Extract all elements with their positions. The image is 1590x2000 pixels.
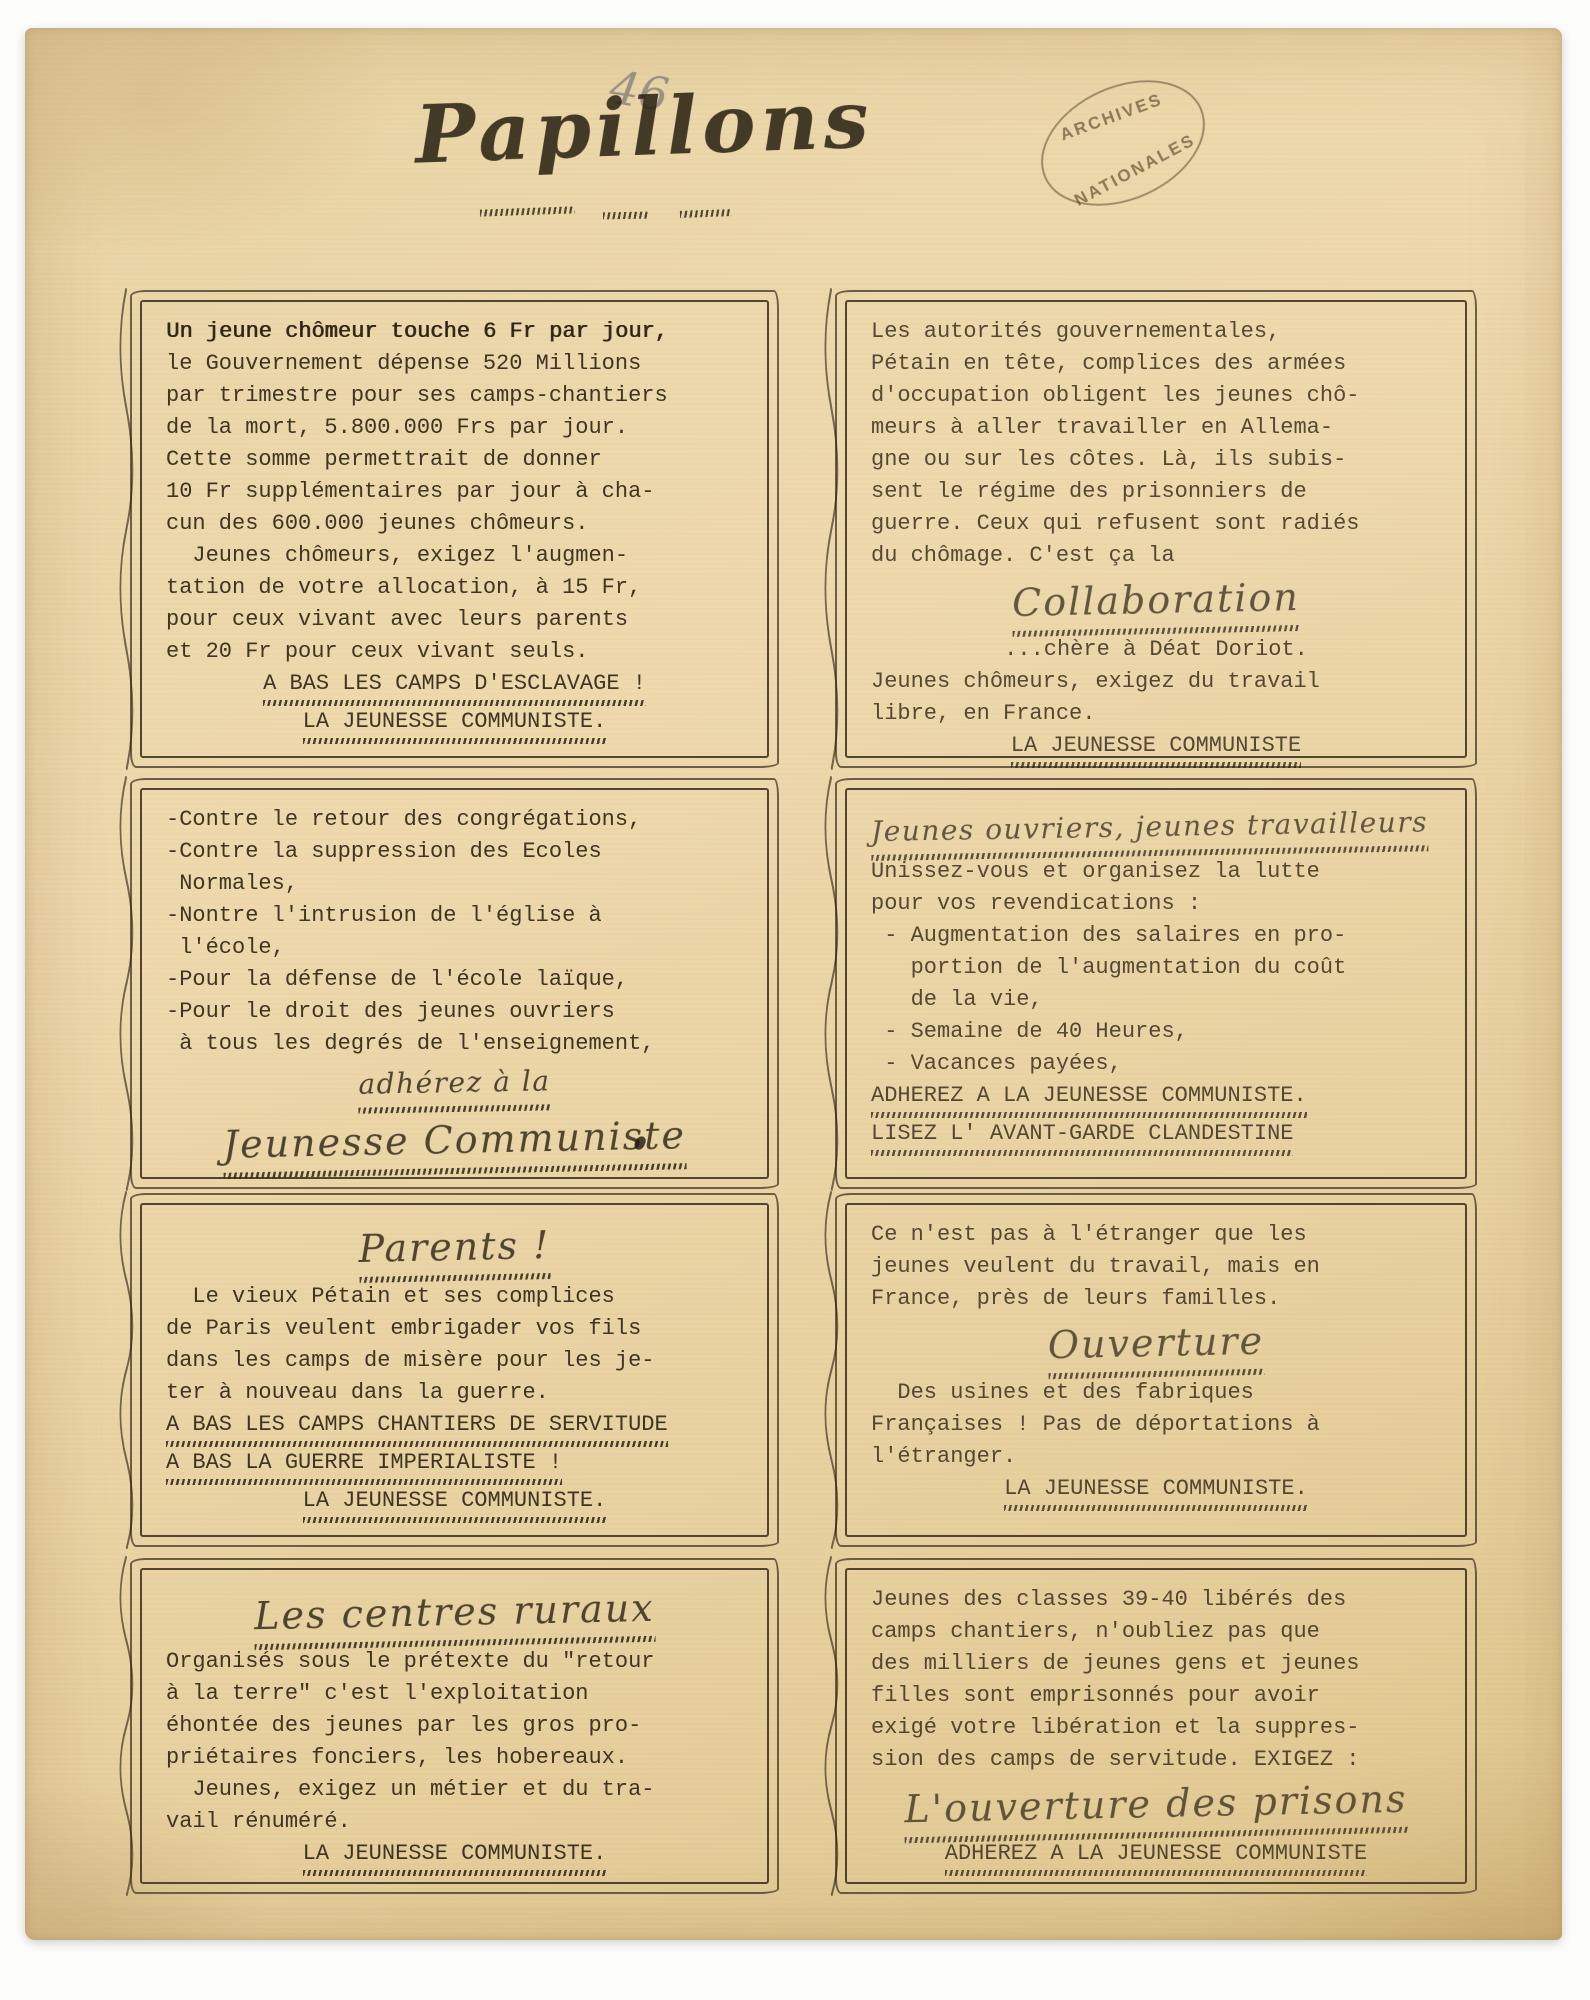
text-line: -Contre la suppression des Ecoles — [166, 836, 743, 868]
text-line: -Pour la défense de l'école laïque, — [166, 964, 743, 996]
text-line: Des usines et des fabriques — [871, 1377, 1441, 1409]
text-line: ADHEREZ A LA JEUNESSE COMMUNISTE. — [871, 1080, 1441, 1118]
underline-flourish — [680, 209, 732, 218]
archives-nationales-stamp: ARCHIVES NATIONALES — [1021, 56, 1224, 230]
leaflet-box-allocation: Un jeune chômeur touche 6 Fr par jour,le… — [140, 300, 769, 758]
text-line: de la mort, 5.800.000 Frs par jour. — [166, 412, 743, 444]
text-line: d'occupation obligent les jeunes chô- — [871, 380, 1441, 412]
text-line: Jeunes, exigez un métier et du tra- — [166, 1774, 743, 1806]
torn-edge-mark — [817, 1556, 841, 1896]
text-line: Collaboration — [870, 566, 1441, 640]
text-line: -Nontre l'intrusion de l'église à — [166, 900, 743, 932]
text-line: Pétain en tête, complices des armées — [871, 348, 1441, 380]
text-line: - Semaine de 40 Heures, — [871, 1016, 1441, 1048]
text-line: meurs à aller travailler en Allema- — [871, 412, 1441, 444]
text-line: ADHEREZ A LA JEUNESSE COMMUNISTE — [871, 1838, 1441, 1876]
text-line: A BAS LES CAMPS CHANTIERS DE SERVITUDE — [166, 1409, 743, 1447]
text-line: de Paris veulent embrigader vos fils — [166, 1313, 743, 1345]
torn-edge-mark — [817, 288, 841, 770]
page-title-handwritten: Papillons — [413, 72, 856, 181]
text-line: Jeunes des classes 39-40 libérés des — [871, 1584, 1441, 1616]
text-line: LA JEUNESSE COMMUNISTE. — [166, 706, 743, 744]
text-line: gne ou sur les côtes. Là, ils subis- — [871, 444, 1441, 476]
underline-flourish — [480, 206, 575, 216]
torn-edge-mark — [112, 776, 136, 1191]
torn-edge-mark — [112, 1191, 136, 1549]
text-line: par trimestre pour ses camps-chantiers — [166, 380, 743, 412]
text-line: tation de votre allocation, à 15 Fr, — [166, 572, 743, 604]
leaflet-box-collaboration: Les autorités gouvernementales,Pétain en… — [845, 300, 1467, 758]
text-line: - Augmentation des salaires en pro- — [871, 920, 1441, 952]
text-line: guerre. Ceux qui refusent sont radiés — [871, 508, 1441, 540]
leaflet-box-centres-ruraux: Les centres rurauxOrganisés sous le prét… — [140, 1568, 769, 1884]
text-line: A BAS LA GUERRE IMPERIALISTE ! — [166, 1447, 743, 1485]
text-line: sent le régime des prisonniers de — [871, 476, 1441, 508]
text-line: et 20 Fr pour ceux vivant seuls. — [166, 636, 743, 668]
text-line: libre, en France. — [871, 698, 1441, 730]
text-line: - Vacances payées, — [871, 1048, 1441, 1080]
torn-edge-mark — [817, 1191, 841, 1549]
text-line: Jeunes chômeurs, exigez du travail — [871, 666, 1441, 698]
text-line: Jeunes ouvriers, jeunes travailleurs — [871, 799, 1442, 861]
text-line: ter à nouveau dans la guerre. — [166, 1377, 743, 1409]
text-line: 10 Fr supplémentaires par jour à cha- — [166, 476, 743, 508]
text-line: filles sont emprisonnés pour avoir — [871, 1680, 1441, 1712]
text-line: ...chère à Déat Doriot. — [871, 634, 1441, 666]
text-line: portion de l'augmentation du coût — [871, 952, 1441, 984]
leaflet-box-usines: Ce n'est pas à l'étranger que lesjeunes … — [845, 1203, 1467, 1537]
text-line: Jeunesse Communiste — [165, 1106, 743, 1180]
torn-edge-mark — [112, 1556, 136, 1896]
leaflet-box-prisons: Jeunes des classes 39-40 libérés descamp… — [845, 1568, 1467, 1884]
text-line: A BAS LES CAMPS D'ESCLAVAGE ! — [166, 668, 743, 706]
paper-sheet: 46 Papillons ARCHIVES NATIONALES Un jeun… — [25, 28, 1562, 1940]
scanned-leaflet-page: 46 Papillons ARCHIVES NATIONALES Un jeun… — [0, 0, 1590, 2000]
text-line: pour ceux vivant avec leurs parents — [166, 604, 743, 636]
text-line: Le vieux Pétain et ses complices — [166, 1281, 743, 1313]
text-line: Cette somme permettrait de donner — [166, 444, 743, 476]
leaflet-box-parents: Parents ! Le vieux Pétain et ses complic… — [140, 1203, 769, 1537]
text-line: éhontée des jeunes par les gros pro- — [166, 1710, 743, 1742]
text-line: le Gouvernement dépense 520 Millions — [166, 348, 743, 380]
text-line: jeunes veulent du travail, mais en — [871, 1251, 1441, 1283]
text-line: Jeunes chômeurs, exigez l'augmen- — [166, 540, 743, 572]
text-line: exigé votre libération et la suppres- — [871, 1712, 1441, 1744]
text-line: -Pour le droit des jeunes ouvriers — [166, 996, 743, 1028]
text-line: Normales, — [166, 868, 743, 900]
text-line: LISEZ L' AVANT-GARDE CLANDESTINE — [871, 1118, 1441, 1156]
text-line: Un jeune chômeur touche 6 Fr par jour, — [166, 316, 743, 348]
torn-edge-mark — [112, 288, 136, 770]
text-line: camps chantiers, n'oubliez pas que — [871, 1616, 1441, 1648]
text-line: à tous les degrés de l'enseignement, — [166, 1028, 743, 1060]
text-line: vail rénuméré. — [166, 1806, 743, 1838]
text-line: Unissez-vous et organisez la lutte — [871, 856, 1441, 888]
text-line: priétaires fonciers, les hobereaux. — [166, 1742, 743, 1774]
text-line: Les autorités gouvernementales, — [871, 316, 1441, 348]
text-line: l'étranger. — [871, 1441, 1441, 1473]
text-line: l'école, — [166, 932, 743, 964]
underline-flourish — [603, 212, 649, 220]
leaflet-box-revendications: Jeunes ouvriers, jeunes travailleursUnis… — [845, 788, 1467, 1179]
text-line: Françaises ! Pas de déportations à — [871, 1409, 1441, 1441]
torn-edge-mark — [817, 776, 841, 1191]
text-line: de la vie, — [871, 984, 1441, 1016]
text-line: des milliers de jeunes gens et jeunes — [871, 1648, 1441, 1680]
text-line: LA JEUNESSE COMMUNISTE. — [871, 1473, 1441, 1511]
text-line: L'ouverture des prisons — [870, 1770, 1441, 1844]
text-line: Ouverture — [870, 1309, 1441, 1383]
text-line: cun des 600.000 jeunes chômeurs. — [166, 508, 743, 540]
text-line: LA JEUNESSE COMMUNISTE — [871, 730, 1441, 768]
text-line: pour vos revendications : — [871, 888, 1441, 920]
text-line: Parents ! — [165, 1213, 743, 1287]
text-line: dans les camps de misère pour les je- — [166, 1345, 743, 1377]
text-line: -Contre le retour des congrégations, — [166, 804, 743, 836]
leaflet-box-ecole: -Contre le retour des congrégations,-Con… — [140, 788, 769, 1179]
text-line: LA JEUNESSE COMMUNISTE. — [166, 1485, 743, 1523]
text-line: Organisés sous le prétexte du "retour — [166, 1646, 743, 1678]
text-line: LA JEUNESSE COMMUNISTE. — [166, 1838, 743, 1876]
text-line: à la terre" c'est l'exploitation — [166, 1678, 743, 1710]
text-line: Ce n'est pas à l'étranger que les — [871, 1219, 1441, 1251]
text-line: Les centres ruraux — [165, 1578, 743, 1652]
